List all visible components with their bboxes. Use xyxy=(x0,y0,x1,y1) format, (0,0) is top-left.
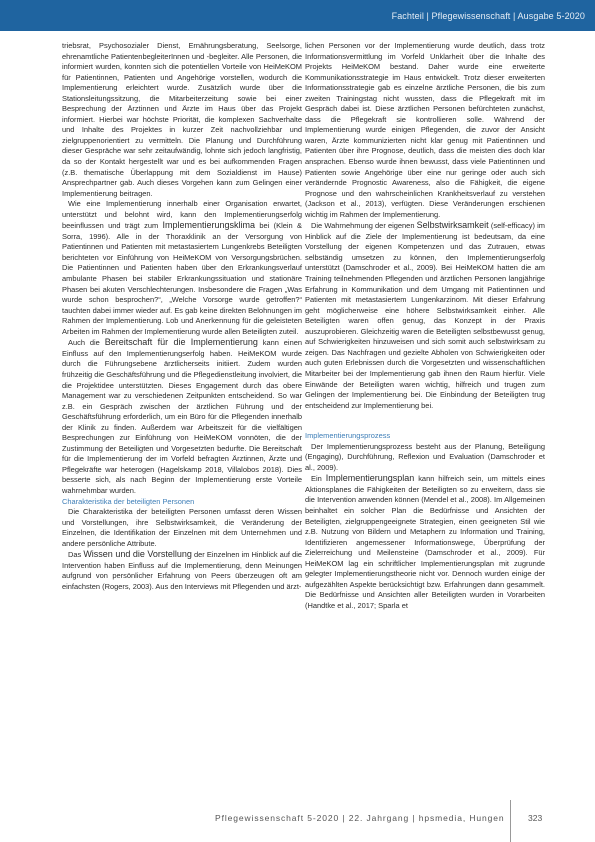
text: Das xyxy=(68,550,83,559)
footer-citation: Pflegewissenschaft 5-2020 | 22. Jahrgang… xyxy=(215,813,505,823)
paragraph: Wie eine Implementierung innerhalb einer… xyxy=(62,199,302,337)
paragraph: Der Implementierungsprozess besteht aus … xyxy=(305,442,545,474)
text: bei (Klein & Sorra, 1996). Alle in der T… xyxy=(62,221,302,335)
running-header: Fachteil | Pflegewissenschaft | Ausgabe … xyxy=(392,11,585,21)
emphasis-term: Implementierungsklima xyxy=(163,220,256,230)
text: Die Wahrnehmung der eigenen xyxy=(311,221,417,230)
text: kann hilfreich sein, um mittels eines Ak… xyxy=(305,474,545,610)
paragraph: Ein Implementierungsplan kann hilfreich … xyxy=(305,473,545,611)
page-number: 323 xyxy=(528,813,542,823)
header-bar: Fachteil | Pflegewissenschaft | Ausgabe … xyxy=(0,0,595,31)
paragraph: lichen Personen vor der Implementierung … xyxy=(305,41,545,220)
left-column: triebsrat, Psychosozialer Dienst, Ernähr… xyxy=(62,41,302,592)
text: (self-efficacy) im Hinblick auf die Ziel… xyxy=(305,221,545,409)
text: Auch die xyxy=(68,338,105,347)
text: kann einen Einfluss auf den Implementier… xyxy=(62,338,302,495)
paragraph: Die Charakteristika der beteiligten Pers… xyxy=(62,507,302,549)
emphasis-term: Implementierungsplan xyxy=(326,473,415,483)
emphasis-term: Bereitschaft für die Implementierung xyxy=(105,337,258,347)
section-subheading: Implementierungsprozess xyxy=(305,431,545,442)
paragraph: triebsrat, Psychosozialer Dienst, Ernähr… xyxy=(62,41,302,199)
paragraph: Auch die Bereitschaft für die Implementi… xyxy=(62,337,302,496)
paragraph: Das Wissen und die Vorstellung der Einze… xyxy=(62,549,302,592)
emphasis-term: Selbstwirksamkeit xyxy=(417,220,489,230)
emphasis-term: Wissen und die Vorstellung xyxy=(83,549,192,559)
footer-divider xyxy=(510,800,511,842)
text: Ein xyxy=(311,474,326,483)
right-column: lichen Personen vor der Implementierung … xyxy=(305,41,545,611)
section-subheading: Charakteristika der beteiligten Personen xyxy=(62,497,302,508)
paragraph: Die Wahrnehmung der eigenen Selbstwirksa… xyxy=(305,220,545,411)
